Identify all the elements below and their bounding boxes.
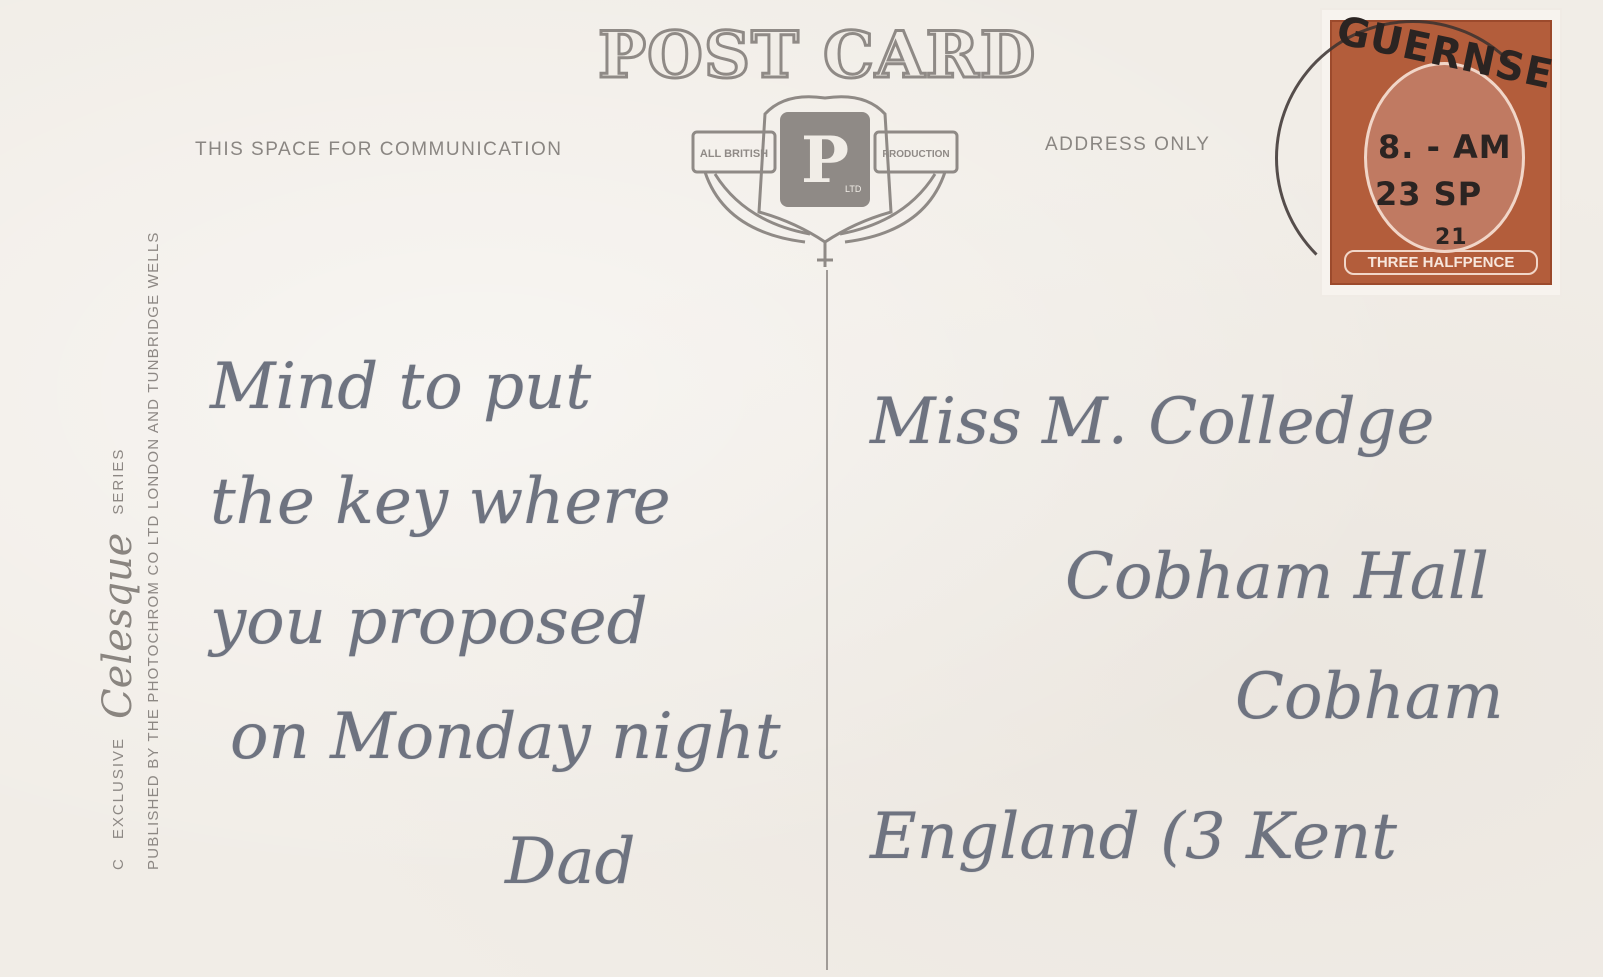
message-line: you proposed — [210, 590, 648, 654]
publisher-prefix: C — [110, 857, 127, 870]
svg-text:LTD: LTD — [845, 184, 862, 194]
postcard-title: POST CARD — [598, 18, 1036, 93]
address-line: Miss M. Colledge — [870, 390, 1434, 454]
center-divider — [826, 270, 828, 970]
postmark-time: 8. - AM — [1378, 128, 1512, 166]
photochrom-emblem-icon: ALL BRITISH PRODUCTION P LTD — [685, 92, 965, 277]
address-label: ADDRESS ONLY — [1045, 134, 1210, 156]
message-line: Mind to put — [210, 355, 591, 419]
address-line: England (3 Kent — [870, 805, 1397, 869]
publisher-exclusive: EXCLUSIVE — [110, 737, 127, 839]
address-line: Cobham — [1235, 665, 1504, 729]
message-line: the key where — [210, 470, 671, 534]
postmark-year: 21 — [1435, 225, 1468, 250]
publisher-series: SERIES — [110, 448, 127, 515]
svg-text:P: P — [801, 123, 849, 198]
svg-text:PRODUCTION: PRODUCTION — [882, 149, 949, 160]
publisher-imprint: C EXCLUSIVE Celesque SERIES PUBLISHED BY… — [95, 231, 162, 870]
message-line: on Monday night — [230, 705, 781, 769]
message-signature: Dad — [505, 830, 635, 894]
postmark-date: 23 SP — [1375, 175, 1482, 213]
address-line: Cobham Hall — [1065, 545, 1489, 609]
publisher-line: PUBLISHED BY THE PHOTOCHROM CO LTD LONDO… — [145, 231, 162, 870]
communication-label: THIS SPACE FOR COMMUNICATION — [195, 139, 562, 161]
publisher-brand: Celesque — [95, 533, 141, 719]
svg-text:ALL BRITISH: ALL BRITISH — [700, 148, 768, 160]
postcard-back: POST CARD THIS SPACE FOR COMMUNICATION A… — [0, 0, 1603, 977]
